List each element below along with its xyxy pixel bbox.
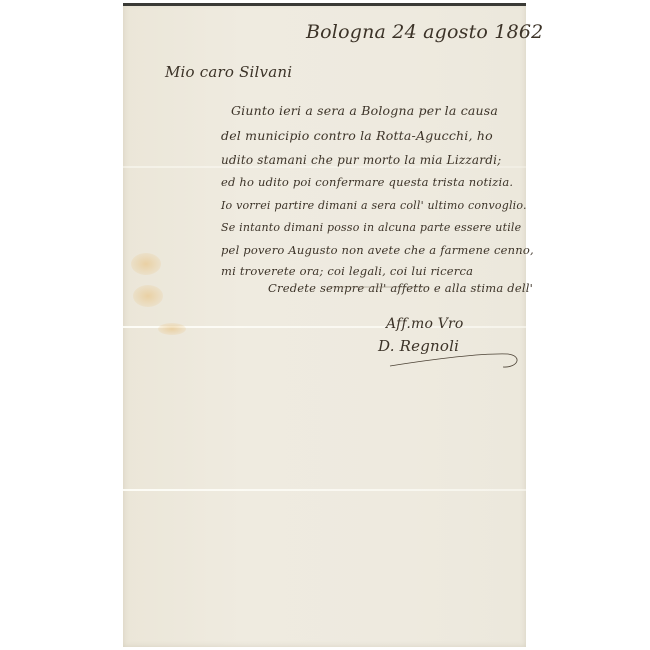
paper-stain bbox=[158, 323, 186, 335]
fold-line bbox=[123, 489, 526, 491]
body-line: mi troverete ora; coi legali, coi lui ri… bbox=[221, 264, 473, 278]
body-line: Se intanto dimani posso in alcuna parte … bbox=[221, 221, 521, 234]
body-line: ed ho udito poi confermare questa trista… bbox=[221, 175, 513, 189]
paper-stain bbox=[131, 253, 161, 275]
paper-stain bbox=[133, 285, 163, 307]
place-date: Bologna 24 agosto 1862 bbox=[306, 21, 543, 43]
body-line: udito stamani che pur morto la mia Lizza… bbox=[221, 153, 501, 167]
signature-line-1: Aff.mo Vro bbox=[386, 316, 464, 332]
salutation: Mio caro Silvani bbox=[165, 63, 292, 81]
body-line: pel povero Augusto non avete che a farme… bbox=[221, 243, 534, 257]
body-line: Io vorrei partire dimani a sera coll' ul… bbox=[221, 199, 527, 212]
body-line: del municipio contro la Rotta-Agucchi, h… bbox=[221, 128, 493, 143]
underline-flourish bbox=[328, 283, 438, 291]
body-line: Giunto ieri a sera a Bologna per la caus… bbox=[231, 103, 498, 118]
signature-flourish bbox=[388, 348, 528, 373]
paper-top-edge bbox=[123, 3, 526, 6]
letter-paper: Bologna 24 agosto 1862 Mio caro Silvani … bbox=[123, 3, 526, 647]
